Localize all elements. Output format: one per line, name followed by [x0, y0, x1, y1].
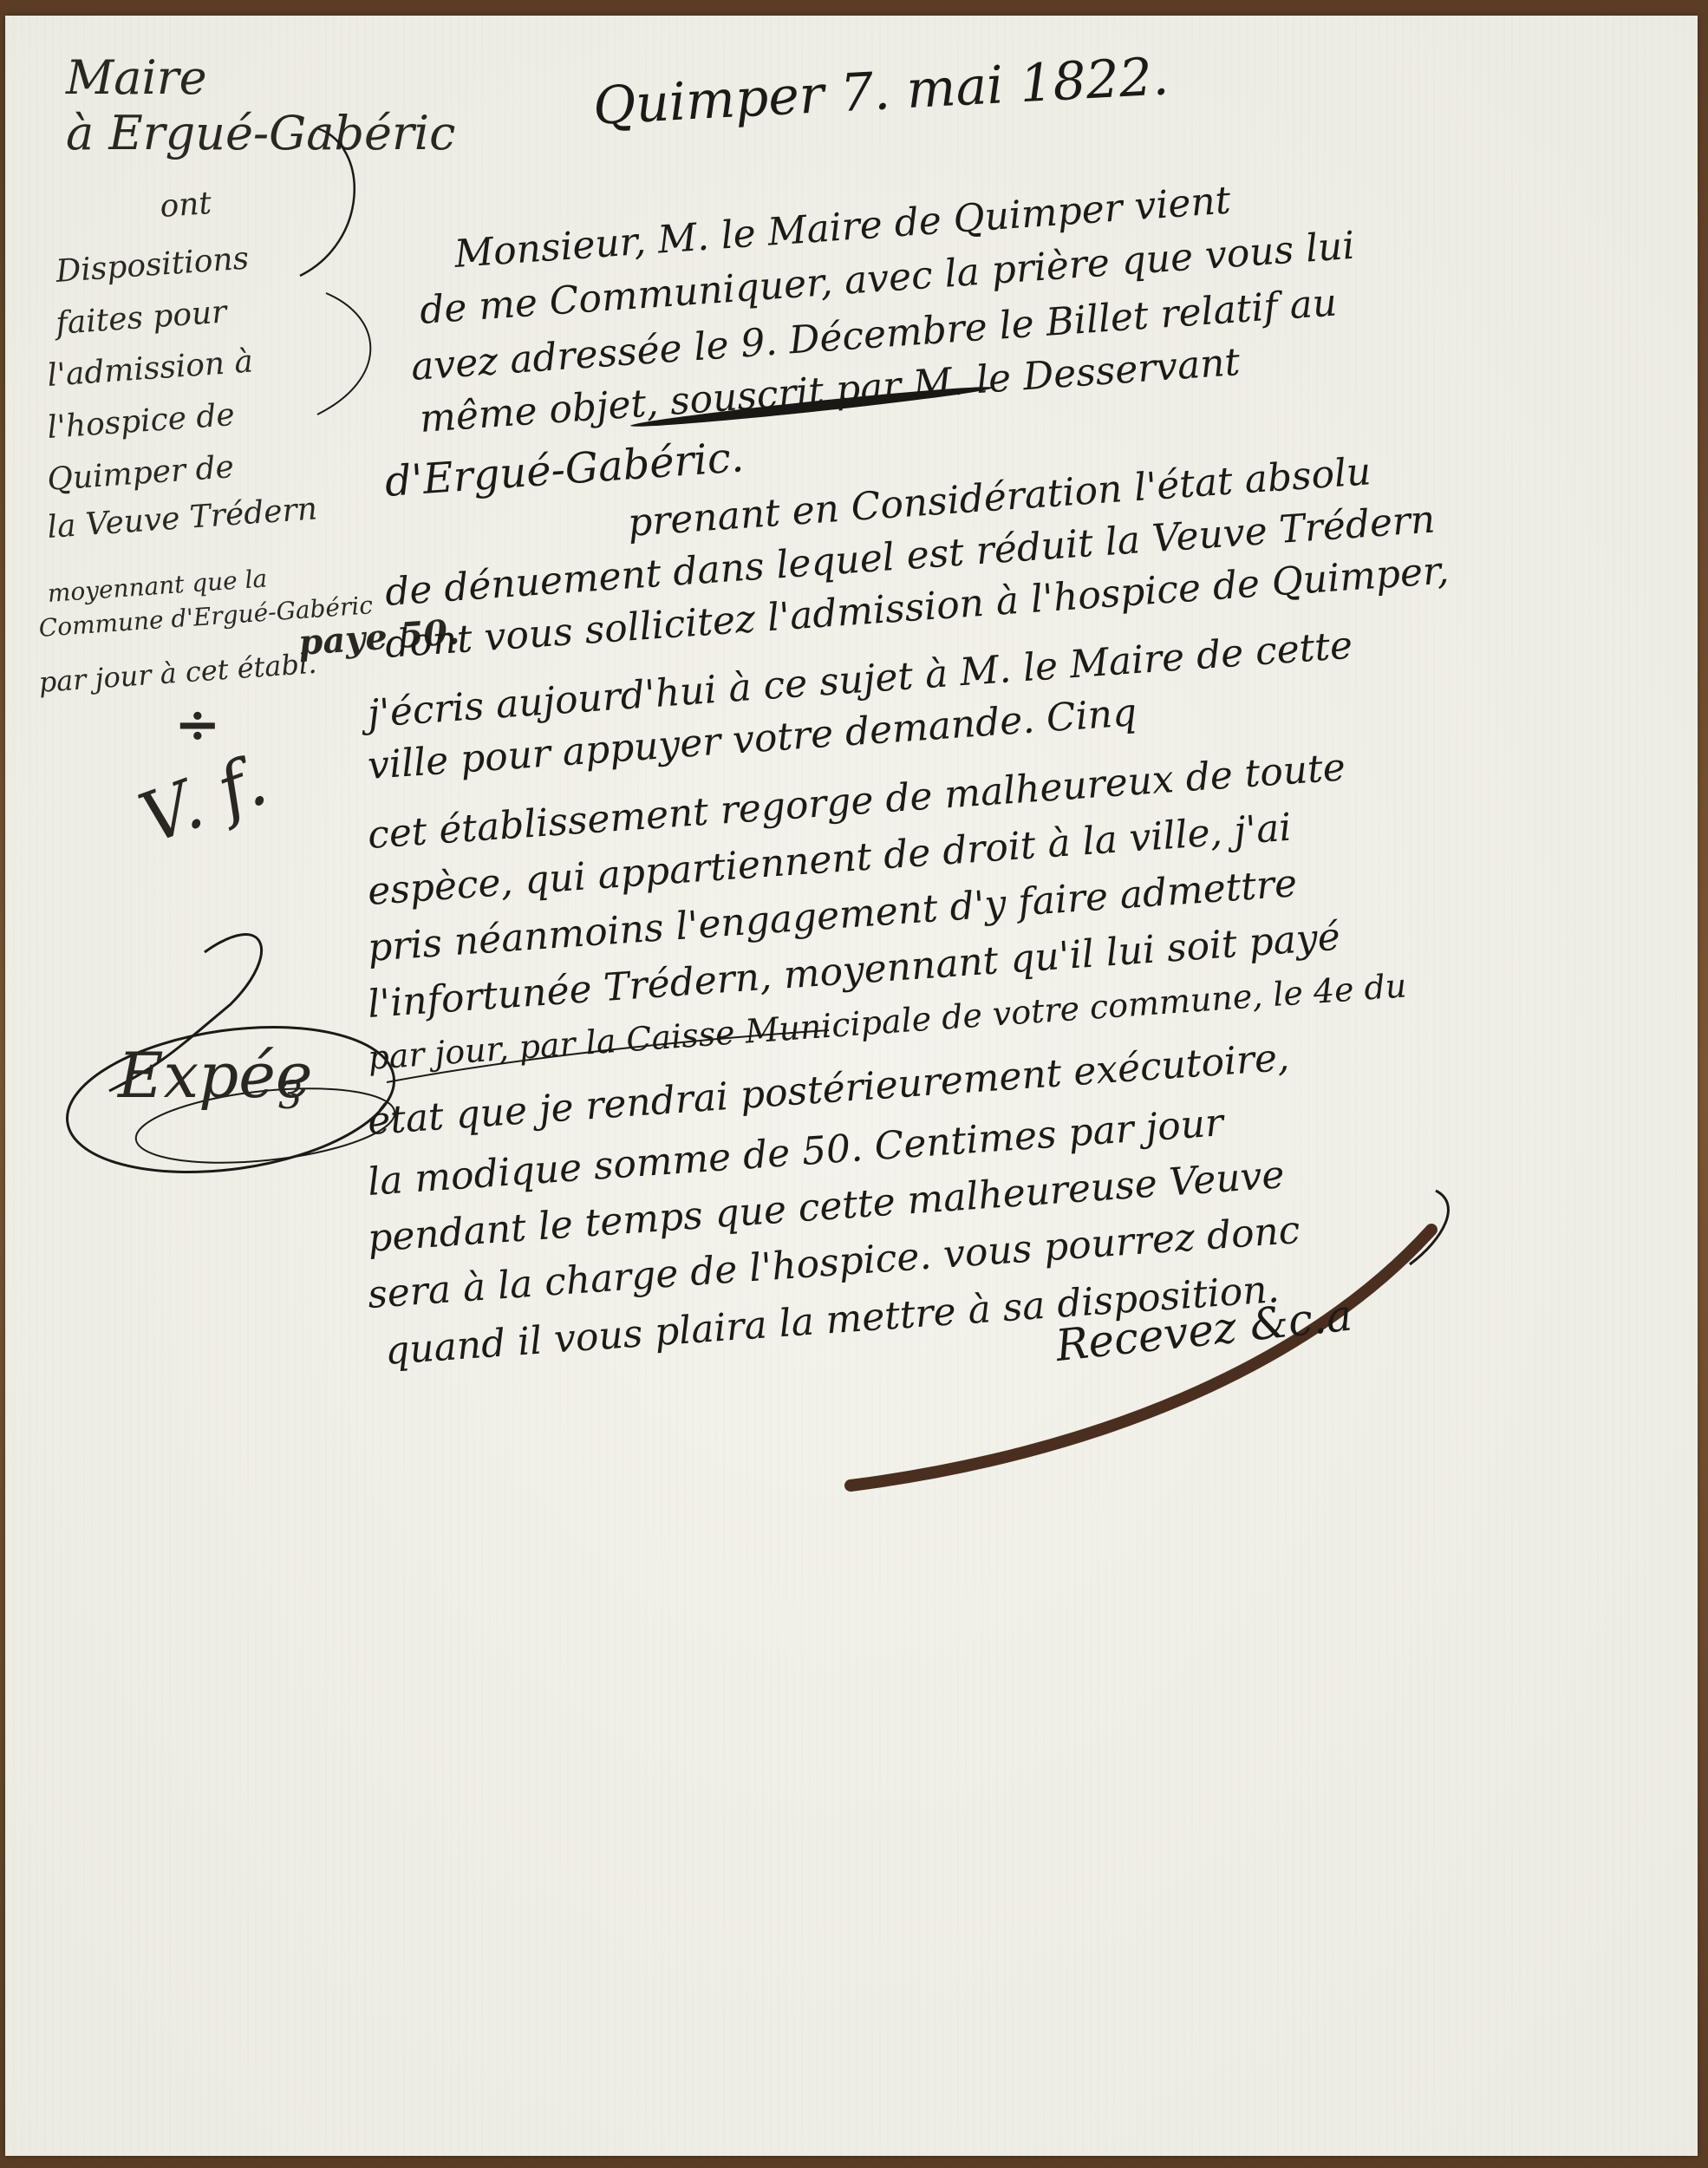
letter-sheet: Maire à Ergué-Gabéric Quimper 7. mai 182… — [5, 16, 1698, 2156]
stamp-number: 3 — [278, 1074, 303, 1118]
